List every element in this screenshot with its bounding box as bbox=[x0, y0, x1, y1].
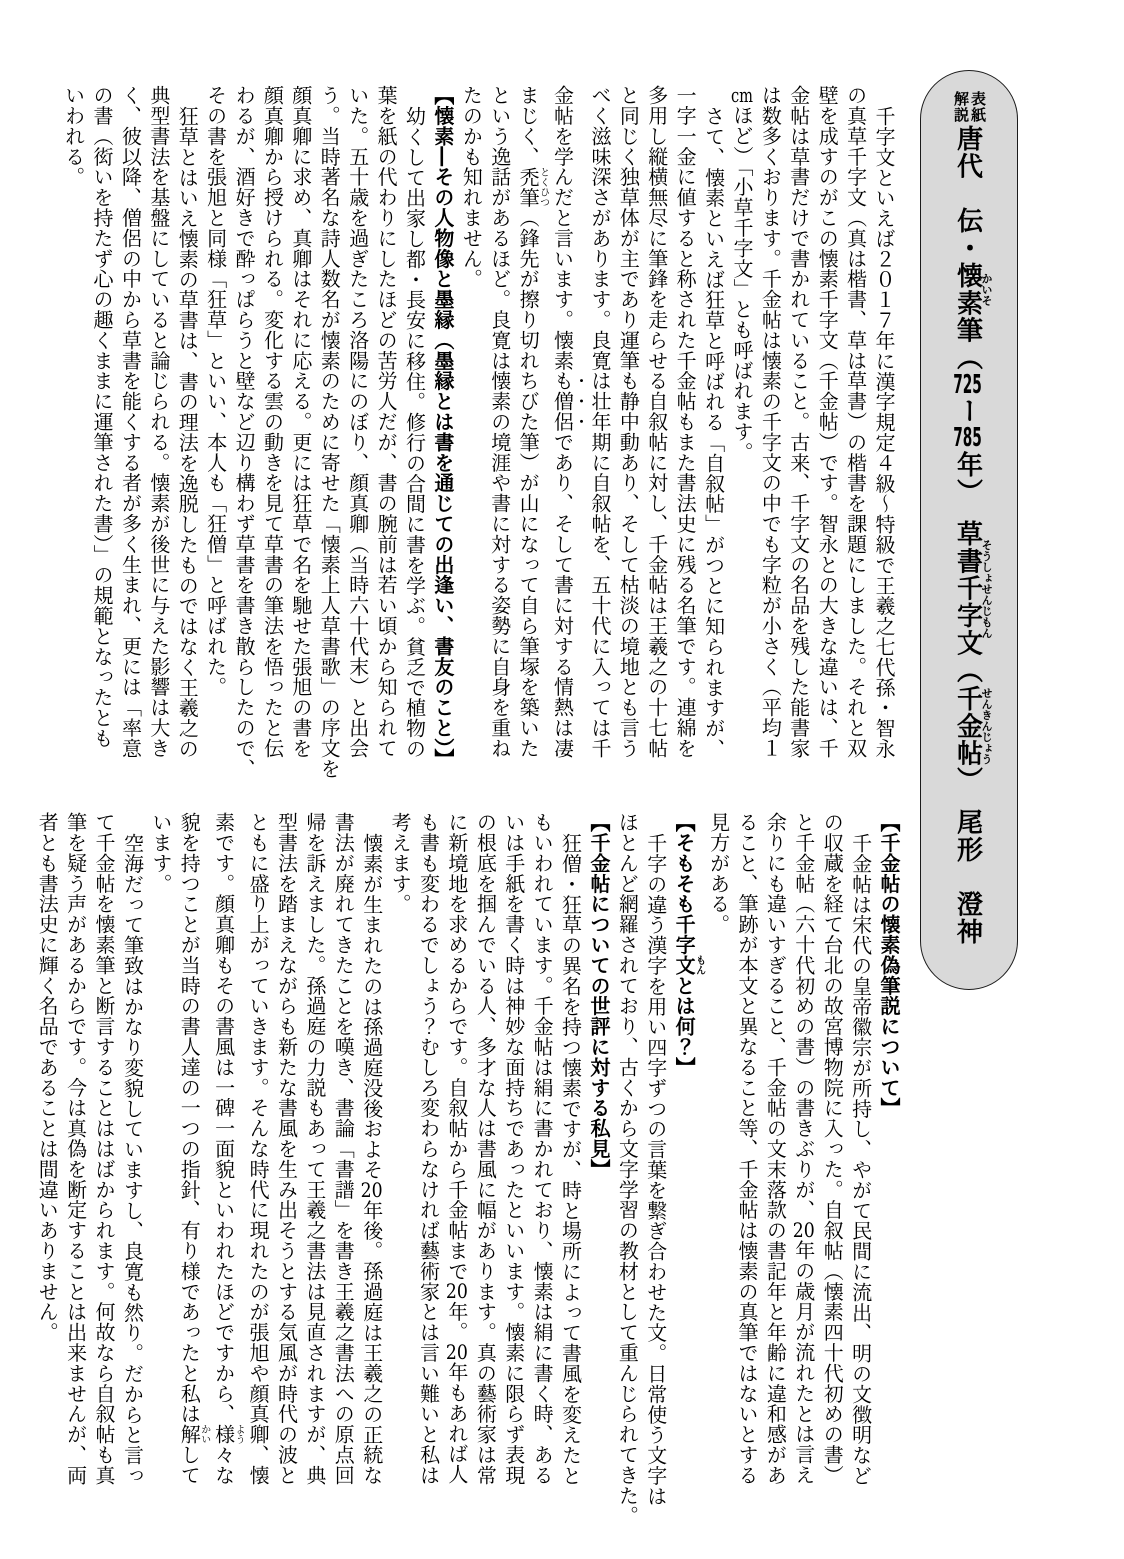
text-segment: 【そもそも千字 bbox=[672, 812, 696, 955]
text-column-line: 者とも書法史に輝く名品であることは間違いありません。 bbox=[33, 812, 61, 1558]
text-column-line: 懐素が生まれたのは孫過庭没後およそ20年後。孫過庭は王羲之の正統な bbox=[357, 812, 385, 1558]
ruby-annotated-text: 文もん bbox=[672, 955, 696, 975]
text-column-line: の真草千字文（真は楷書、草は草書）の楷書を課題にしました。それと双 bbox=[841, 85, 869, 801]
text-segment: います。 bbox=[149, 812, 173, 894]
text-column-line: 千金帖は宋代の皇帝徽宗が所持し、やがて民間に流出、明の文徴明など bbox=[846, 812, 874, 1558]
section-heading-line: 【千金帖の懐素偽筆説について】 bbox=[875, 812, 903, 1558]
text-column-line: 多用し縦横無尽に筆鋒を走らせる自叙帖に対し、千金帖は王羲之の十七帖 bbox=[642, 85, 670, 801]
text-column-line: 見方がある。 bbox=[704, 812, 732, 1558]
text-segment: 狂僧・狂草の異名を持つ懐素ですが、時と場所によって書風を変えたと bbox=[559, 833, 583, 1486]
top-text-block: 千字文といえば２０１７年に漢字規定４級～特級で王羲之七代孫・智永の真草千字文（真… bbox=[59, 85, 898, 801]
text-segment: さて、懐素といえば狂草と呼ばれる「自叙帖」がつとに知られますが、 bbox=[702, 106, 726, 759]
text-column-line: 金帖は草書だけで書かれていること。古来、千字文の名品を残した能書家 bbox=[784, 85, 812, 801]
section-heading-line: 【そもそも千字文もんとは何？】 bbox=[670, 812, 704, 1558]
text-column-line: 一字一金に値すると称された千金帖もまた書法史に残る名筆です。連綿を bbox=[671, 85, 699, 801]
text-column-line: の書（衒いを持たず心の趣くままに運筆された書）」の規範となったとも bbox=[88, 85, 116, 801]
text-segment: いわれる。 bbox=[62, 85, 86, 187]
text-segment: 年後。孫過庭は王羲之の正統な bbox=[360, 1200, 384, 1486]
text-column-line: 壁を成すのがこの懐素千字文（千金帖）です。智永との大きな違いは、千 bbox=[813, 85, 841, 801]
text-column-line: の収蔵を経て台北の故宮博物院に入った。自叙帖（懐素四十代初めの書） bbox=[818, 812, 846, 1558]
text-column-line: 空海だって筆致はかなり変貌していますし、良寛も然り。だからと言っ bbox=[118, 812, 146, 1558]
text-segment: も書も変わるでしょう？むしろ変わらなければ藝術家とは言い難いと私は bbox=[417, 812, 441, 1485]
text-segment: て千金帖を懐素筆と断言することははばかられます。何故なら自叙帖も真 bbox=[92, 812, 116, 1485]
text-column-line: いは手紙を書く時は神妙な面持ちであったといいます。懐素に限らず表現 bbox=[499, 812, 527, 1558]
text-column-line: も書も変わるでしょう？むしろ変わらなければ藝術家とは言い難いと私は bbox=[414, 812, 442, 1558]
text-segment: と同じく独草体が主であり運筆も静中動あり、そして枯淡の境地とも言う bbox=[616, 85, 640, 758]
text-segment: ） 尾形 澄神 bbox=[953, 767, 983, 946]
text-column-line: 書法が廃れてきたことを嘆き、書論「書譜」を書き王羲之書法への原点回 bbox=[329, 812, 357, 1558]
text-segment: （鋒先が擦り切れちびた筆）が山になって自ら筆塚を築いた bbox=[516, 207, 540, 758]
ruby-annotated-text: 禿筆とくひつ bbox=[516, 167, 540, 208]
text-segment: 金帖を学んだと言います。懐素 bbox=[551, 85, 575, 371]
page-title: 唐代 伝・懐素かいそ筆（725ー785年） 草書千字文そうしょせんじもん（千金帖… bbox=[946, 125, 993, 985]
text-segment: 一字一金に値すると称された千金帖もまた書法史に残る名筆です。連綿を bbox=[673, 85, 697, 758]
text-column-line: 余りにも違いすぎること、千金帖の文末落款の書記年と年齢に違和感があ bbox=[761, 812, 789, 1558]
text-column-line: まじく、禿筆とくひつ（鋒先が擦り切れちびた筆）が山になって自ら筆塚を築いた bbox=[514, 85, 548, 801]
text-segment: う。当時著名な詩人数名が懐素のために寄せた「懐素上人草書歌」の序文を bbox=[317, 85, 341, 779]
text-segment: の真草千字文（真は楷書、草は草書）の楷書を課題にしました。それと双 bbox=[844, 85, 868, 758]
text-segment: 幼くして出家し都・長安に移住。修行の合間に書を学ぶ。貧乏で植物の bbox=[403, 106, 427, 759]
text-column-line: もいわれています。千金帖は絹に書かれており、懐素は絹に書く時、ある bbox=[528, 812, 556, 1558]
text-column-line: く、彼以降、僧侶の中から草書を能くする者が多く生まれ、更には「率意 bbox=[116, 85, 144, 801]
text-segment: と千金帖（六十代初めの書）の書きぶりが、 bbox=[792, 812, 816, 1220]
text-segment: ること、筆跡が本文と異なること等、千金帖は懐素の真筆ではないとする bbox=[735, 812, 759, 1485]
text-segment: の収蔵を経て台北の故宮博物院に入った。自叙帖（懐素四十代初めの書） bbox=[820, 812, 844, 1485]
section-heading-line: 【千金帖についての世評に対する私見】 bbox=[585, 812, 613, 1558]
text-column-line: べく滋味深さがあります。良寛は壮年期に自叙帖を、五十代に入っては千 bbox=[586, 85, 614, 801]
text-column-line: その書を張旭と同様「狂草」といい、本人も「狂僧」と呼ばれた。 bbox=[201, 85, 229, 801]
text-segment: たのかも知れません。 bbox=[459, 85, 483, 289]
text-segment: まじく、 bbox=[516, 85, 540, 167]
text-column-line: さて、懐素といえば狂草と呼ばれる「自叙帖」がつとに知られますが、 bbox=[699, 85, 727, 801]
text-segment: 者とも書法史に輝く名品であることは間違いありません。 bbox=[35, 812, 59, 1342]
text-segment: 年。 bbox=[445, 1301, 469, 1342]
text-segment: 壁を成すのがこの懐素千字文（千金帖）です。智永との大きな違いは、千 bbox=[815, 85, 839, 758]
text-column-line: に新境地を求めるからです。自叙帖から千金帖まで20年。20年もあれば人 bbox=[443, 812, 471, 1558]
magazine-page: 表紙 解説 唐代 伝・懐素かいそ筆（725ー785年） 草書千字文そうしょせんじ… bbox=[0, 0, 1124, 1559]
text-segment: 【千金帖についての世評に対する私見】 bbox=[587, 812, 611, 1179]
header-tag-line: 解説 bbox=[952, 91, 969, 123]
text-segment: 金帖は草書だけで書かれていること。古来、千字文の名品を残した能書家 bbox=[787, 85, 811, 758]
text-column-line: 型書法を踏まえながらも新たな書風を生み出そうとする気風が時代の波と bbox=[272, 812, 300, 1558]
text-segment: 725 bbox=[953, 372, 983, 398]
text-segment: 典型書法を基盤にしていると論じられる。懐素が後世に与えた影響は大き bbox=[147, 85, 171, 758]
text-segment: 々な bbox=[212, 1444, 236, 1485]
text-column-line: 顔真卿に求め、真卿はそれに応える。更には狂草で名を馳せた張旭の書を bbox=[286, 85, 314, 801]
text-segment: 20 bbox=[445, 1342, 469, 1362]
text-segment: 785 bbox=[953, 425, 983, 451]
text-column-line: の根底を掴んでいる人、多才な人は書風に幅があります。真の藝術家は常 bbox=[471, 812, 499, 1558]
text-segment: 書法が廃れてきたことを嘆き、書論「書譜」を書き王羲之書法への原点回 bbox=[331, 812, 355, 1485]
text-column-line: 素です。顔真卿もその書風は一碑一面貌といわれたほどですから、様よう々な bbox=[209, 812, 243, 1558]
text-column-line: cmほど）「小草千字文」とも呼ばれます。 bbox=[728, 85, 756, 801]
text-segment: 見方がある。 bbox=[707, 812, 731, 934]
text-segment: 多用し縦横無尽に筆鋒を走らせる自叙帖に対し、千金帖は王羲之の十七帖 bbox=[645, 85, 669, 758]
text-segment: であり、そして書に対する情熱は凄 bbox=[551, 432, 575, 758]
text-segment: 懐素が生まれたのは孫過庭没後およそ bbox=[360, 833, 384, 1180]
text-segment: 20 bbox=[792, 1220, 816, 1240]
text-segment: 空海だって筆致はかなり変貌していますし、良寛も然り。だからと言っ bbox=[120, 833, 144, 1486]
text-segment: 狂草とはいえ懐素の草書は、書の理法を逸脱したものではなく王羲之の bbox=[175, 106, 199, 759]
text-segment: とは何？】 bbox=[672, 975, 696, 1077]
text-segment: して bbox=[177, 1444, 201, 1485]
text-segment: も僧侶 bbox=[551, 371, 575, 432]
text-column-line: 狂僧・狂草の異名を持つ懐素ですが、時と場所によって書風を変えたと bbox=[556, 812, 584, 1558]
text-column-line: て千金帖を懐素筆と断言することははばかられます。何故なら自叙帖も真 bbox=[90, 812, 118, 1558]
text-segment: 葉を紙の代わりにしたほどの苦労人だが、書の腕前は若い頃から知られて bbox=[374, 85, 398, 758]
text-segment: 20 bbox=[445, 1281, 469, 1301]
text-column-line: 考えます。 bbox=[386, 812, 414, 1558]
text-column-line: 千字文といえば２０１７年に漢字規定４級～特級で王羲之七代孫・智永 bbox=[870, 85, 898, 801]
text-segment: 千金帖は宋代の皇帝徽宗が所持し、やがて民間に流出、明の文徴明など bbox=[849, 833, 873, 1486]
text-segment: 型書法を踏まえながらも新たな書風を生み出そうとする気風が時代の波と bbox=[274, 812, 298, 1485]
text-segment: いは手紙を書く時は神妙な面持ちであったといいます。懐素に限らず表現 bbox=[502, 812, 526, 1485]
text-column-line: 千字の違う漢字を用い四字ずつの言葉を繋ぎ合わせた文。日常使う文字は bbox=[641, 812, 669, 1558]
text-column-line: ほとんど網羅されており、古くから文字学習の教材として重んじられてきた。 bbox=[613, 812, 641, 1558]
text-column-line: います。 bbox=[146, 812, 174, 1558]
text-segment: ー bbox=[953, 398, 983, 425]
ruby-annotated-text: 解かい bbox=[177, 1424, 201, 1444]
text-segment: いた。五十歳を過ぎたころ洛陽にのぼり、顔真卿（当時六十代末）と出会 bbox=[346, 85, 370, 758]
text-segment: 筆を疑う声があるからです。今は真偽を断定することは出来ませんが、両 bbox=[64, 812, 88, 1485]
text-column-line: と同じく独草体が主であり運筆も静中動あり、そして枯淡の境地とも言う bbox=[614, 85, 642, 801]
text-segment: 唐代 伝・ bbox=[953, 125, 983, 262]
text-segment: 【千金帖の懐素偽筆説について】 bbox=[877, 812, 901, 1118]
text-segment: ほとんど網羅されており、古くから文字学習の教材として重んじられてきた。 bbox=[615, 812, 639, 1526]
text-column-line: 葉を紙の代わりにしたほどの苦労人だが、書の腕前は若い頃から知られて bbox=[372, 85, 400, 801]
ruby-annotated-text: 千金帖せんきんじょう bbox=[953, 685, 983, 767]
text-column-line: ること、筆跡が本文と異なること等、千金帖は懐素の真筆ではないとする bbox=[733, 812, 761, 1558]
text-column-line: いた。五十歳を過ぎたころ洛陽にのぼり、顔真卿（当時六十代末）と出会 bbox=[343, 85, 371, 801]
text-segment: 顔真卿に求め、真卿はそれに応える。更には狂草で名を馳せた張旭の書を bbox=[289, 85, 313, 758]
text-column-line: 幼くして出家し都・長安に移住。修行の合間に書を学ぶ。貧乏で植物の bbox=[400, 85, 428, 801]
ruby-annotated-text: 懐素かいそ bbox=[953, 262, 983, 317]
text-column-line: 帰を訴えました。孫過庭の力説もあって王羲之書法は見直されますが、典 bbox=[300, 812, 328, 1558]
text-segment: 考えます。 bbox=[388, 812, 412, 914]
text-segment: べく滋味深さがあります。良寛は壮年期に自叙帖を、五十代に入っては千 bbox=[588, 85, 612, 758]
text-segment: に新境地を求めるからです。自叙帖から千金帖まで bbox=[445, 812, 469, 1281]
text-segment: 貌を持つことが当時の書人達の一つの指針、有り様であったと私は bbox=[177, 812, 201, 1424]
text-segment: 千字文といえば２０１７年に漢字規定４級～特級で王羲之七代孫・智永 bbox=[872, 106, 896, 759]
text-segment: 素です。顔真卿もその書風は一碑一面貌といわれたほどですから、 bbox=[212, 812, 236, 1424]
text-segment: （ bbox=[953, 657, 983, 684]
header-tag-line: 表紙 bbox=[969, 91, 986, 123]
text-column-line: 貌を持つことが当時の書人達の一つの指針、有り様であったと私は解かいして bbox=[175, 812, 209, 1558]
text-column-line: 典型書法を基盤にしていると論じられる。懐素が後世に与えた影響は大き bbox=[144, 85, 172, 801]
text-segment: その書を張旭と同様「狂草」といい、本人も「狂僧」と呼ばれた。 bbox=[204, 85, 228, 697]
section-heading-line: 【懐素―その人物像と墨縁（墨縁とは書を通じての出逢い、書友のこと）】 bbox=[429, 85, 457, 801]
text-segment: 20 bbox=[360, 1180, 384, 1200]
text-column-line: 金帖を学んだと言います。懐素も僧侶であり、そして書に対する情熱は凄 bbox=[548, 85, 585, 801]
text-column-line: 狂草とはいえ懐素の草書は、書の理法を逸脱したものではなく王羲之の bbox=[173, 85, 201, 801]
text-segment: 帰を訴えました。孫過庭の力説もあって王羲之書法は見直されますが、典 bbox=[303, 812, 327, 1485]
text-column-line: たのかも知れません。 bbox=[457, 85, 485, 801]
text-segment: の書（衒いを持たず心の趣くままに運筆された書）」の規範となったとも bbox=[90, 85, 114, 748]
text-segment: 年の歳月が流れたとは言え bbox=[792, 1240, 816, 1485]
ruby-annotated-text: 草書千字文そうしょせんじもん bbox=[953, 520, 983, 657]
text-segment: cm bbox=[730, 85, 754, 105]
text-segment: ともに盛り上がっていきます。そんな時代に現れたのが張旭や顔真卿、懐 bbox=[246, 812, 270, 1485]
text-column-line: は数多くおります。千金帖は懐素の千字文の中でも字粒が小さく（平均１ bbox=[756, 85, 784, 801]
text-segment: 年もあれば人 bbox=[445, 1362, 469, 1484]
text-segment: 年） bbox=[953, 451, 983, 520]
text-segment: 【懐素―その人物像と墨縁（墨縁とは書を通じての出逢い、書友のこと）】 bbox=[431, 85, 455, 769]
text-segment: もいわれています。千金帖は絹に書かれており、懐素は絹に書く時、ある bbox=[530, 812, 554, 1485]
ruby-annotated-text: 様よう bbox=[212, 1424, 236, 1444]
text-segment: という逸話があるほど。良寛は懐素の境涯や書に対する姿勢に自身を重ね bbox=[488, 85, 512, 758]
bottom-text-block: 【千金帖の懐素偽筆説について】千金帖は宋代の皇帝徽宗が所持し、やがて民間に流出、… bbox=[33, 812, 903, 1558]
text-column-line: わるが、酒好きで酔っぱらうと壁など辺り構わず草書を書き散らしたので、 bbox=[230, 85, 258, 801]
text-segment: は数多くおります。千金帖は懐素の千字文の中でも字粒が小さく（平均１ bbox=[758, 85, 782, 758]
text-column-line: と千金帖（六十代初めの書）の書きぶりが、20年の歳月が流れたとは言え bbox=[789, 812, 817, 1558]
text-segment: 千字の違う漢字を用い四字ずつの言葉を繋ぎ合わせた文。日常使う文字は bbox=[644, 833, 668, 1506]
text-column-line: ともに盛り上がっていきます。そんな時代に現れたのが張旭や顔真卿、懐 bbox=[244, 812, 272, 1558]
text-column-line: いわれる。 bbox=[59, 85, 87, 801]
text-segment: わるが、酒好きで酔っぱらうと壁など辺り構わず草書を書き散らしたので、 bbox=[232, 85, 256, 779]
text-segment: ほど）「小草千字文」とも呼ばれます。 bbox=[730, 105, 754, 462]
text-segment: 筆（ bbox=[953, 317, 983, 372]
text-segment: く、彼以降、僧侶の中から草書を能くする者が多く生まれ、更には「率意 bbox=[118, 85, 142, 758]
text-column-line: 筆を疑う声があるからです。今は真偽を断定することは出来ませんが、両 bbox=[61, 812, 89, 1558]
text-column-line: という逸話があるほど。良寛は懐素の境涯や書に対する姿勢に自身を重ね bbox=[485, 85, 513, 801]
text-segment: 顔真卿から授けられる。変化する雲の動きを見て草書の筆法を悟ったと伝 bbox=[260, 85, 284, 758]
text-segment: の根底を掴んでいる人、多才な人は書風に幅があります。真の藝術家は常 bbox=[473, 812, 497, 1485]
text-segment: 余りにも違いすぎること、千金帖の文末落款の書記年と年齢に違和感があ bbox=[763, 812, 787, 1485]
header-tag: 表紙 解説 bbox=[952, 91, 986, 123]
header-pill: 表紙 解説 唐代 伝・懐素かいそ筆（725ー785年） 草書千字文そうしょせんじ… bbox=[920, 70, 1018, 990]
text-column-line: 顔真卿から授けられる。変化する雲の動きを見て草書の筆法を悟ったと伝 bbox=[258, 85, 286, 801]
text-column-line: う。当時著名な詩人数名が懐素のために寄せた「懐素上人草書歌」の序文を bbox=[315, 85, 343, 801]
